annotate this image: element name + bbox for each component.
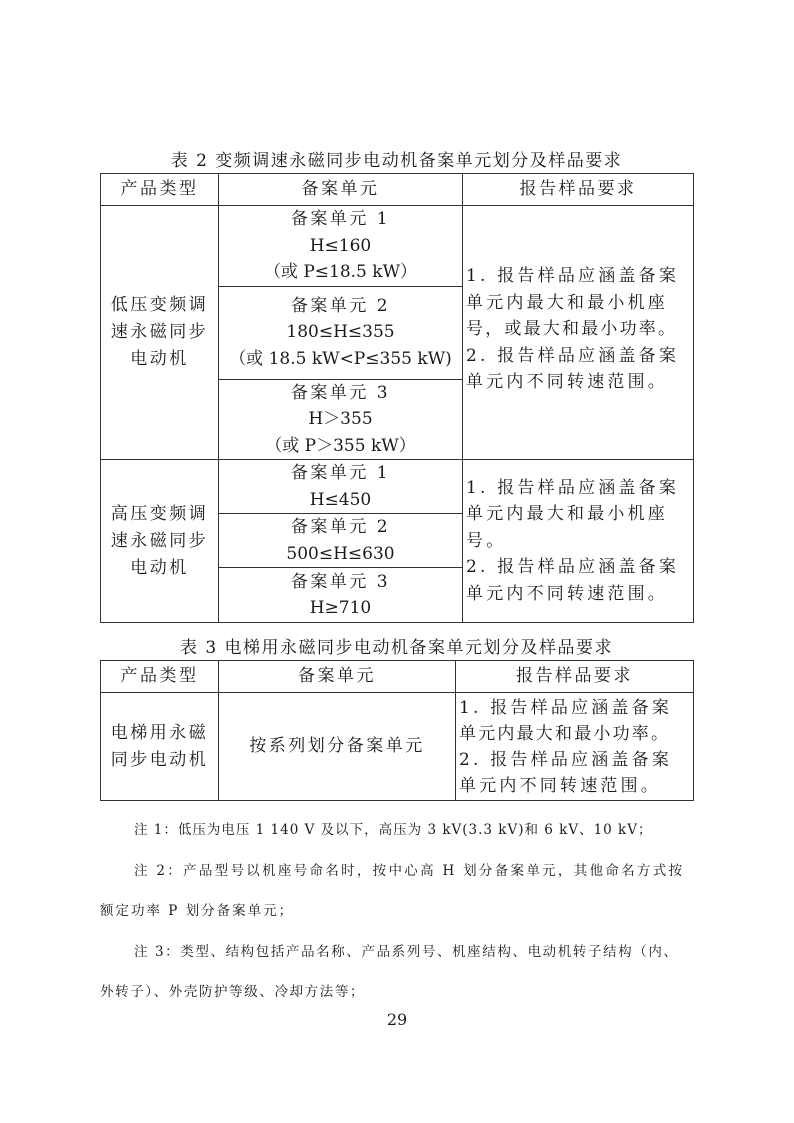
product-type-cell: 电梯用永磁 同步电动机 <box>101 693 219 801</box>
header-sample-requirements: 报告样品要求 <box>456 661 694 693</box>
requirements-cell: 1. 报告样品应涵盖备案 单元内最大和最小功率。 2. 报告样品应涵盖备案 单元… <box>456 693 694 801</box>
page-number: 29 <box>0 1010 794 1029</box>
header-product-type: 产品类型 <box>101 661 219 693</box>
product-type-cell: 低压变频调 速永磁同步 电动机 <box>101 206 219 460</box>
note-2-cont: 额定功率 P 划分备案单元； <box>100 899 294 919</box>
table2-header-row: 产品类型 备案单元 报告样品要求 <box>101 174 694 206</box>
table3-header-row: 产品类型 备案单元 报告样品要求 <box>101 661 694 693</box>
note-1: 注 1：低压为电压 1 140 V 及以下，高压为 3 kV(3.3 kV)和 … <box>134 818 652 838</box>
header-sample-requirements: 报告样品要求 <box>463 174 694 206</box>
filing-unit-cell: 备案单元 1 H≤450 <box>219 460 463 514</box>
filing-unit-cell: 备案单元 2 180≤H≤355 （或 18.5 kW<P≤355 kW) <box>219 286 463 379</box>
table-row: 电梯用永磁 同步电动机 按系列划分备案单元 1. 报告样品应涵盖备案 单元内最大… <box>101 693 694 801</box>
header-filing-unit: 备案单元 <box>219 174 463 206</box>
product-type-cell: 高压变频调 速永磁同步 电动机 <box>101 460 219 623</box>
filing-unit-cell: 备案单元 1 H≤160 （或 P≤18.5 kW） <box>219 206 463 287</box>
header-filing-unit: 备案单元 <box>219 661 456 693</box>
header-product-type: 产品类型 <box>101 174 219 206</box>
table2-caption: 表 2 变频调速永磁同步电动机备案单元划分及样品要求 <box>100 146 693 171</box>
table-row: 低压变频调 速永磁同步 电动机 备案单元 1 H≤160 （或 P≤18.5 k… <box>101 206 694 287</box>
table-row: 高压变频调 速永磁同步 电动机 备案单元 1 H≤450 1. 报告样品应涵盖备… <box>101 460 694 514</box>
filing-unit-cell: 备案单元 3 H＞355 （或 P＞355 kW） <box>219 379 463 460</box>
filing-unit-cell: 备案单元 3 H≥710 <box>219 568 463 623</box>
note-2: 注 2：产品型号以机座号命名时，按中心高 H 划分备案单元，其他命名方式按 <box>134 859 684 879</box>
requirements-cell: 1. 报告样品应涵盖备案 单元内最大和最小机座 号。 2. 报告样品应涵盖备案 … <box>463 460 694 623</box>
note-3: 注 3：类型、结构包括产品名称、产品系列号、机座结构、电动机转子结构（内、 <box>134 940 679 960</box>
note-3-cont: 外转子）、外壳防护等级、冷却方法等； <box>100 980 365 1000</box>
table3: 产品类型 备案单元 报告样品要求 电梯用永磁 同步电动机 按系列划分备案单元 1… <box>100 660 694 801</box>
filing-unit-cell: 备案单元 2 500≤H≤630 <box>219 514 463 568</box>
table2: 产品类型 备案单元 报告样品要求 低压变频调 速永磁同步 电动机 备案单元 1 … <box>100 173 694 623</box>
requirements-cell: 1. 报告样品应涵盖备案 单元内最大和最小机座 号，或最大和最小功率。 2. 报… <box>463 206 694 460</box>
table3-caption: 表 3 电梯用永磁同步电动机备案单元划分及样品要求 <box>100 633 693 658</box>
filing-unit-cell: 按系列划分备案单元 <box>219 693 456 801</box>
